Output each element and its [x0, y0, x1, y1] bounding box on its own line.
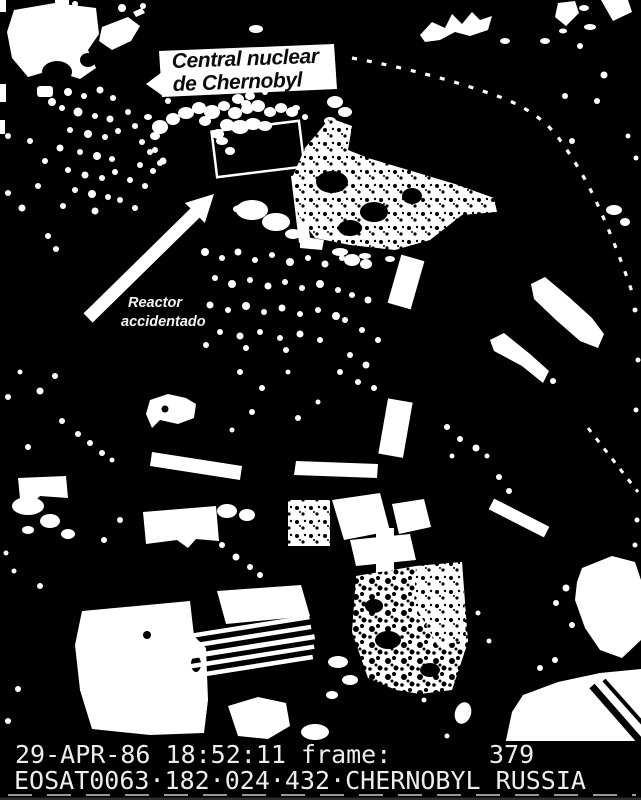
telemetry-band: 29-APR-86 18:52:11 frame: 379 EOSAT0063·… [0, 740, 641, 800]
telemetry-frame-number: 379 [489, 740, 534, 769]
telemetry-datetime: 29-APR-86 18:52:11 frame: [15, 740, 391, 769]
blob-hole [162, 406, 169, 413]
satellite-image: Central nuclear de Chernobyl Reactor acc… [0, 0, 641, 800]
satellite-photo-svg: Central nuclear de Chernobyl Reactor acc… [0, 0, 641, 800]
callout-line2: accidentado [121, 314, 206, 330]
title-line2: de Chernobyl [172, 68, 304, 96]
title-callout-box: Central nuclear de Chernobyl [146, 44, 337, 97]
telemetry-scene-id: EOSAT0063·182·024·432·CHERNOBYL RUSSIA [14, 766, 586, 795]
callout-line1: Reactor [128, 295, 183, 311]
